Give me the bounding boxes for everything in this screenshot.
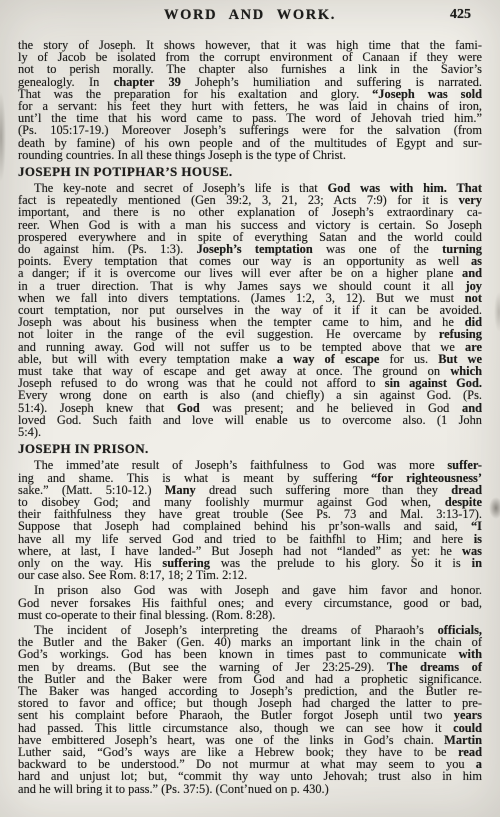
text-line: 5:4). <box>18 426 482 438</box>
section-heading: JOSEPH IN PRISON. <box>18 442 482 456</box>
page-header: WORD AND WORK. 425 <box>0 7 500 29</box>
scan-smudge <box>0 92 6 182</box>
body-text: was the prelude to his glory. So it is <box>210 556 472 570</box>
body-text: our case also. See Rom. 8:17, 18; 2 Tim.… <box>18 568 247 582</box>
body-text: must co-operate to their final blessing.… <box>18 608 275 622</box>
scanned-page: WORD AND WORK. 425 the story of Joseph. … <box>0 0 500 817</box>
text-line: our case also. See Rom. 8:17, 18; 2 Tim.… <box>18 569 482 581</box>
section-heading: JOSEPH IN POTIPHAR’S HOUSE. <box>18 165 482 179</box>
paragraph: The incident of Joseph’s interpreting th… <box>18 624 482 795</box>
page-number: 425 <box>450 7 471 23</box>
text-line: and he will bring it to pass.” (Ps. 37:5… <box>18 783 482 795</box>
text-line: must co-operate to their final blessing.… <box>18 609 482 621</box>
text-line: loved God. Such faith and love will enab… <box>18 414 482 426</box>
scan-smudge <box>494 292 500 332</box>
scan-smudge <box>489 497 500 519</box>
body-text: 5:4). <box>18 425 41 439</box>
body-text: rounding countries. In all these things … <box>18 148 346 162</box>
emphasized-text: in <box>472 556 482 570</box>
page-body: the story of Joseph. It shows however, t… <box>18 39 482 798</box>
journal-title: WORD AND WORK. <box>0 7 500 24</box>
paragraph: The key-note and secret of Joseph’s life… <box>18 182 482 438</box>
paragraph: the story of Joseph. It shows however, t… <box>18 39 482 161</box>
text-line: rounding countries. In all these things … <box>18 149 482 161</box>
paragraph: The immed’ate result of Joseph’s faithfu… <box>18 459 482 581</box>
body-text: and he will bring it to pass.” (Ps. 37:5… <box>18 782 329 796</box>
body-text: loved God. Such faith and love will enab… <box>18 413 482 427</box>
paragraph: In prison also God was with Joseph and g… <box>18 584 482 621</box>
